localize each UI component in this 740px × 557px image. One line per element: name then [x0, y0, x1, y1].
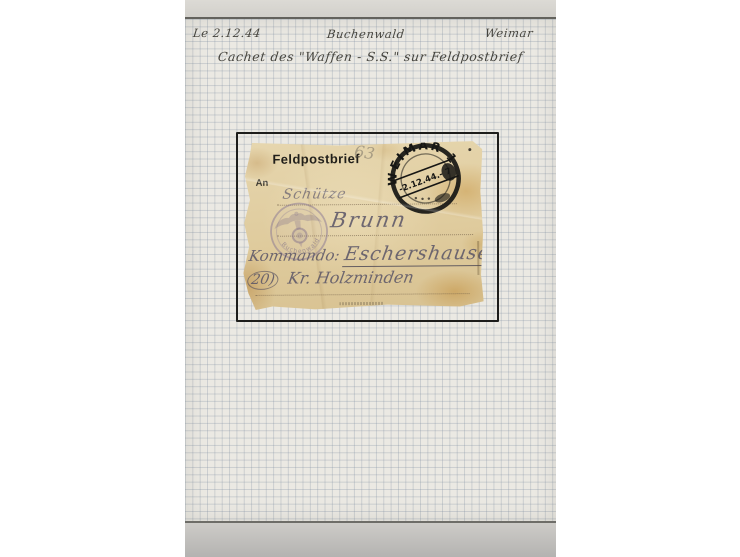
backing-surface-bottom	[185, 519, 556, 557]
album-photo: Le 2.12.44 Buchenwald Weimar Cachet des …	[185, 0, 556, 557]
ink-speck	[468, 148, 471, 151]
annotation-place-buchenwald: Buchenwald	[326, 27, 405, 41]
backing-surface-top	[185, 0, 556, 17]
annotation-caption: Cachet des "Waffen - S.S." sur Feldpostb…	[184, 49, 557, 64]
address-line-rank: Schütze	[281, 186, 347, 203]
photo-canvas: Le 2.12.44 Buchenwald Weimar Cachet des …	[0, 0, 740, 557]
address-line-district: 20) Kr. Holzminden	[246, 268, 416, 290]
annotation-date: Le 2.12.44	[192, 26, 261, 40]
address-line-name: Brunn	[329, 208, 409, 233]
weimar-postmark-icon: WEIMAR 1 -2.12.44.- 7	[387, 140, 464, 217]
form-title: Feldpostbrief	[272, 151, 360, 167]
printed-imprint	[340, 302, 384, 305]
kommando-label: Kommando:	[248, 246, 342, 265]
district-value: Kr. Holzminden	[286, 268, 415, 288]
address-dotted-line	[256, 293, 470, 296]
album-page: Le 2.12.44 Buchenwald Weimar Cachet des …	[185, 17, 556, 523]
addressee-label: An	[256, 178, 269, 189]
annotation-place-weimar: Weimar	[484, 26, 534, 40]
edge-marking	[477, 241, 479, 275]
postal-zone-code: 20)	[246, 271, 280, 290]
address-line-kommando: Kommando: Eschershausen"	[247, 242, 514, 266]
feldpost-envelope: Feldpostbrief An 63	[242, 141, 483, 310]
